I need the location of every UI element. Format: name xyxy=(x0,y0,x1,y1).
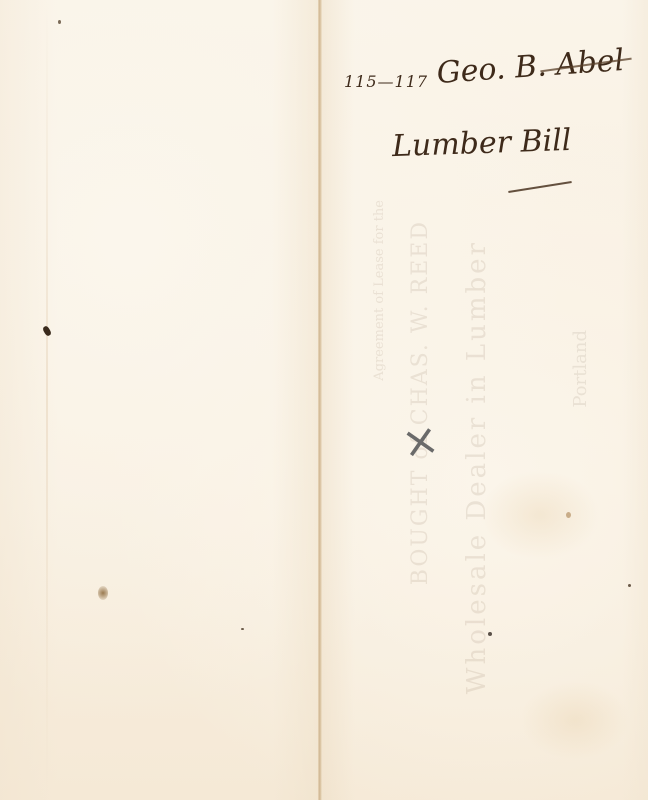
pencil-x-mark: × xyxy=(398,417,442,467)
debris-speck xyxy=(98,586,108,600)
ink-speck xyxy=(488,632,492,636)
paper-stain xyxy=(520,680,630,760)
bleed-through-text: Portland xyxy=(570,330,591,408)
bleed-through-text: BOUGHT of CHAS. W. REED xyxy=(408,220,433,585)
ink-speck xyxy=(241,628,244,630)
bleed-through-text: Wholesale Dealer in Lumber xyxy=(462,240,492,694)
left-crease xyxy=(46,0,48,800)
left-panel xyxy=(0,0,320,800)
scanned-document: Agreement of Lease for the BOUGHT of CHA… xyxy=(0,0,648,800)
bleed-through-text: Agreement of Lease for the xyxy=(372,200,387,381)
ink-speck xyxy=(58,20,61,24)
paper-stain xyxy=(480,470,600,560)
docket-title: Lumber Bill xyxy=(391,123,571,164)
docket-ref-number: 115—117 xyxy=(344,72,428,91)
stain-speck xyxy=(566,512,571,518)
ink-speck xyxy=(628,584,631,587)
